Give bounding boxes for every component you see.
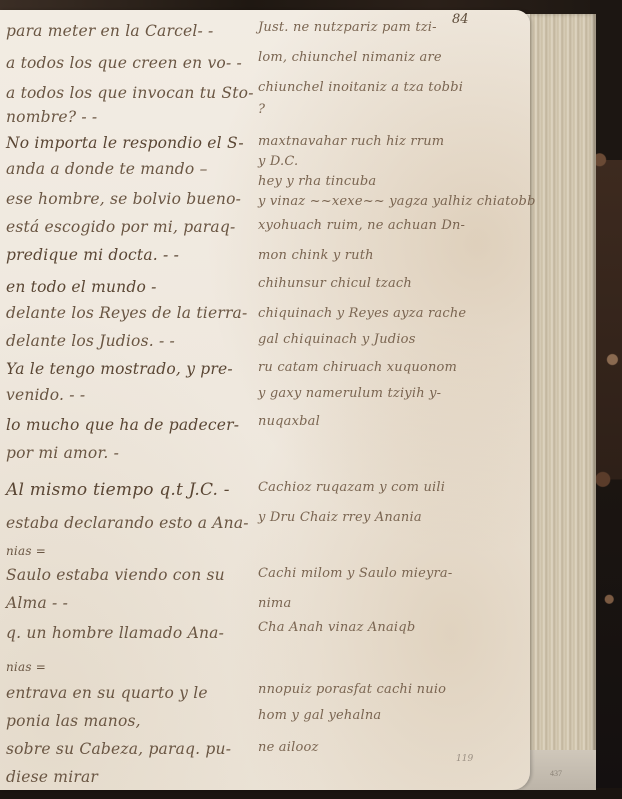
indigenous-line: nima <box>258 596 291 611</box>
spanish-line: nombre? - - <box>6 108 97 126</box>
stack-stamp: 437 <box>550 769 562 778</box>
manuscript-page: 84 119 para meter en la Carcel- - a todo… <box>0 10 530 790</box>
indigenous-line: y gaxy namerulum tziyih y- <box>258 386 441 401</box>
indigenous-line: nuqaxbal <box>258 414 320 429</box>
indigenous-line: chiquinach y Reyes ayza rache <box>258 306 466 321</box>
spanish-line: entrava en su quarto y le <box>6 684 208 702</box>
indigenous-line: y vinaz ~~xexe~~ yagza yalhiz chiatobb <box>258 194 536 209</box>
indigenous-line: xyohuach ruim, ne achuan Dn- <box>258 218 465 233</box>
spanish-line: diese mirar <box>6 768 98 786</box>
indigenous-line: Cachi milom y Saulo mieyra- <box>258 566 452 581</box>
indigenous-line: y Dru Chaiz rrey Anania <box>258 510 422 525</box>
spanish-line: ponia las manos, <box>6 712 141 730</box>
spanish-line: venido. - - <box>6 386 85 404</box>
spanish-line: en todo el mundo - <box>6 278 157 296</box>
spanish-line: nias = <box>6 544 46 558</box>
pencil-page-number: 119 <box>456 754 473 764</box>
indigenous-line: chiunchel inoitaniz a tza tobbi <box>258 80 463 95</box>
indigenous-line: Just. ne nutzpariz pam tzi- <box>258 20 437 35</box>
spanish-line: anda a donde te mando – <box>6 160 208 178</box>
spanish-line: para meter en la Carcel- - <box>6 22 213 40</box>
indigenous-line: hey y rha tincuba <box>258 174 376 189</box>
spanish-line: está escogido por mi, paraq- <box>6 218 235 236</box>
spanish-line: Saulo estaba viendo con su <box>6 566 225 584</box>
indigenous-line: ne ailooz <box>258 740 319 755</box>
indigenous-line: y D.C. <box>258 154 298 169</box>
indigenous-line: ru catam chiruach xuquonom <box>258 360 457 375</box>
spanish-line: a todos los que creen en vo- - <box>6 54 242 72</box>
manuscript-photo: 437 84 119 para meter en la Carcel- - a … <box>0 0 622 799</box>
spanish-line: predique mi docta. - - <box>6 246 179 264</box>
indigenous-line: lom, chiunchel nimaniz are <box>258 50 442 65</box>
folio-number: 84 <box>452 12 469 27</box>
spanish-line: por mi amor. - <box>6 444 119 462</box>
spanish-line: estaba declarando esto a Ana- <box>6 514 249 532</box>
indigenous-line: gal chiquinach y Judios <box>258 332 416 347</box>
spanish-line: ese hombre, se bolvio bueno- <box>6 190 241 208</box>
spanish-line: a todos los que invocan tu Sto- <box>6 84 254 102</box>
indigenous-line: Cachioz ruqazam y com uili <box>258 480 445 495</box>
spanish-line: Al mismo tiempo q.t J.C. - <box>6 480 230 500</box>
indigenous-line: mon chink y ruth <box>258 248 374 263</box>
indigenous-line: Cha Anah vinaz Anaiqb <box>258 620 415 635</box>
indigenous-line: chihunsur chicul tzach <box>258 276 412 291</box>
spanish-line: delante los Judios. - - <box>6 332 175 350</box>
spanish-line: Ya le tengo mostrado, y pre- <box>6 360 233 378</box>
spanish-line: delante los Reyes de la tierra- <box>6 304 247 322</box>
indigenous-line: ? <box>258 102 265 117</box>
indigenous-line: hom y gal yehalna <box>258 708 381 723</box>
spanish-line: No importa le respondio el S- <box>6 134 244 152</box>
spanish-line: q. un hombre llamado Ana- <box>6 624 224 642</box>
spanish-line: lo mucho que ha de padecer- <box>6 416 239 434</box>
indigenous-line: maxtnavahar ruch hiz rrum <box>258 134 444 149</box>
indigenous-line: nnopuiz porasfat cachi nuio <box>258 682 446 697</box>
spanish-line: nias = <box>6 660 46 674</box>
spanish-line: Alma - - <box>6 594 68 612</box>
spanish-line: sobre su Cabeza, paraq. pu- <box>6 740 231 758</box>
